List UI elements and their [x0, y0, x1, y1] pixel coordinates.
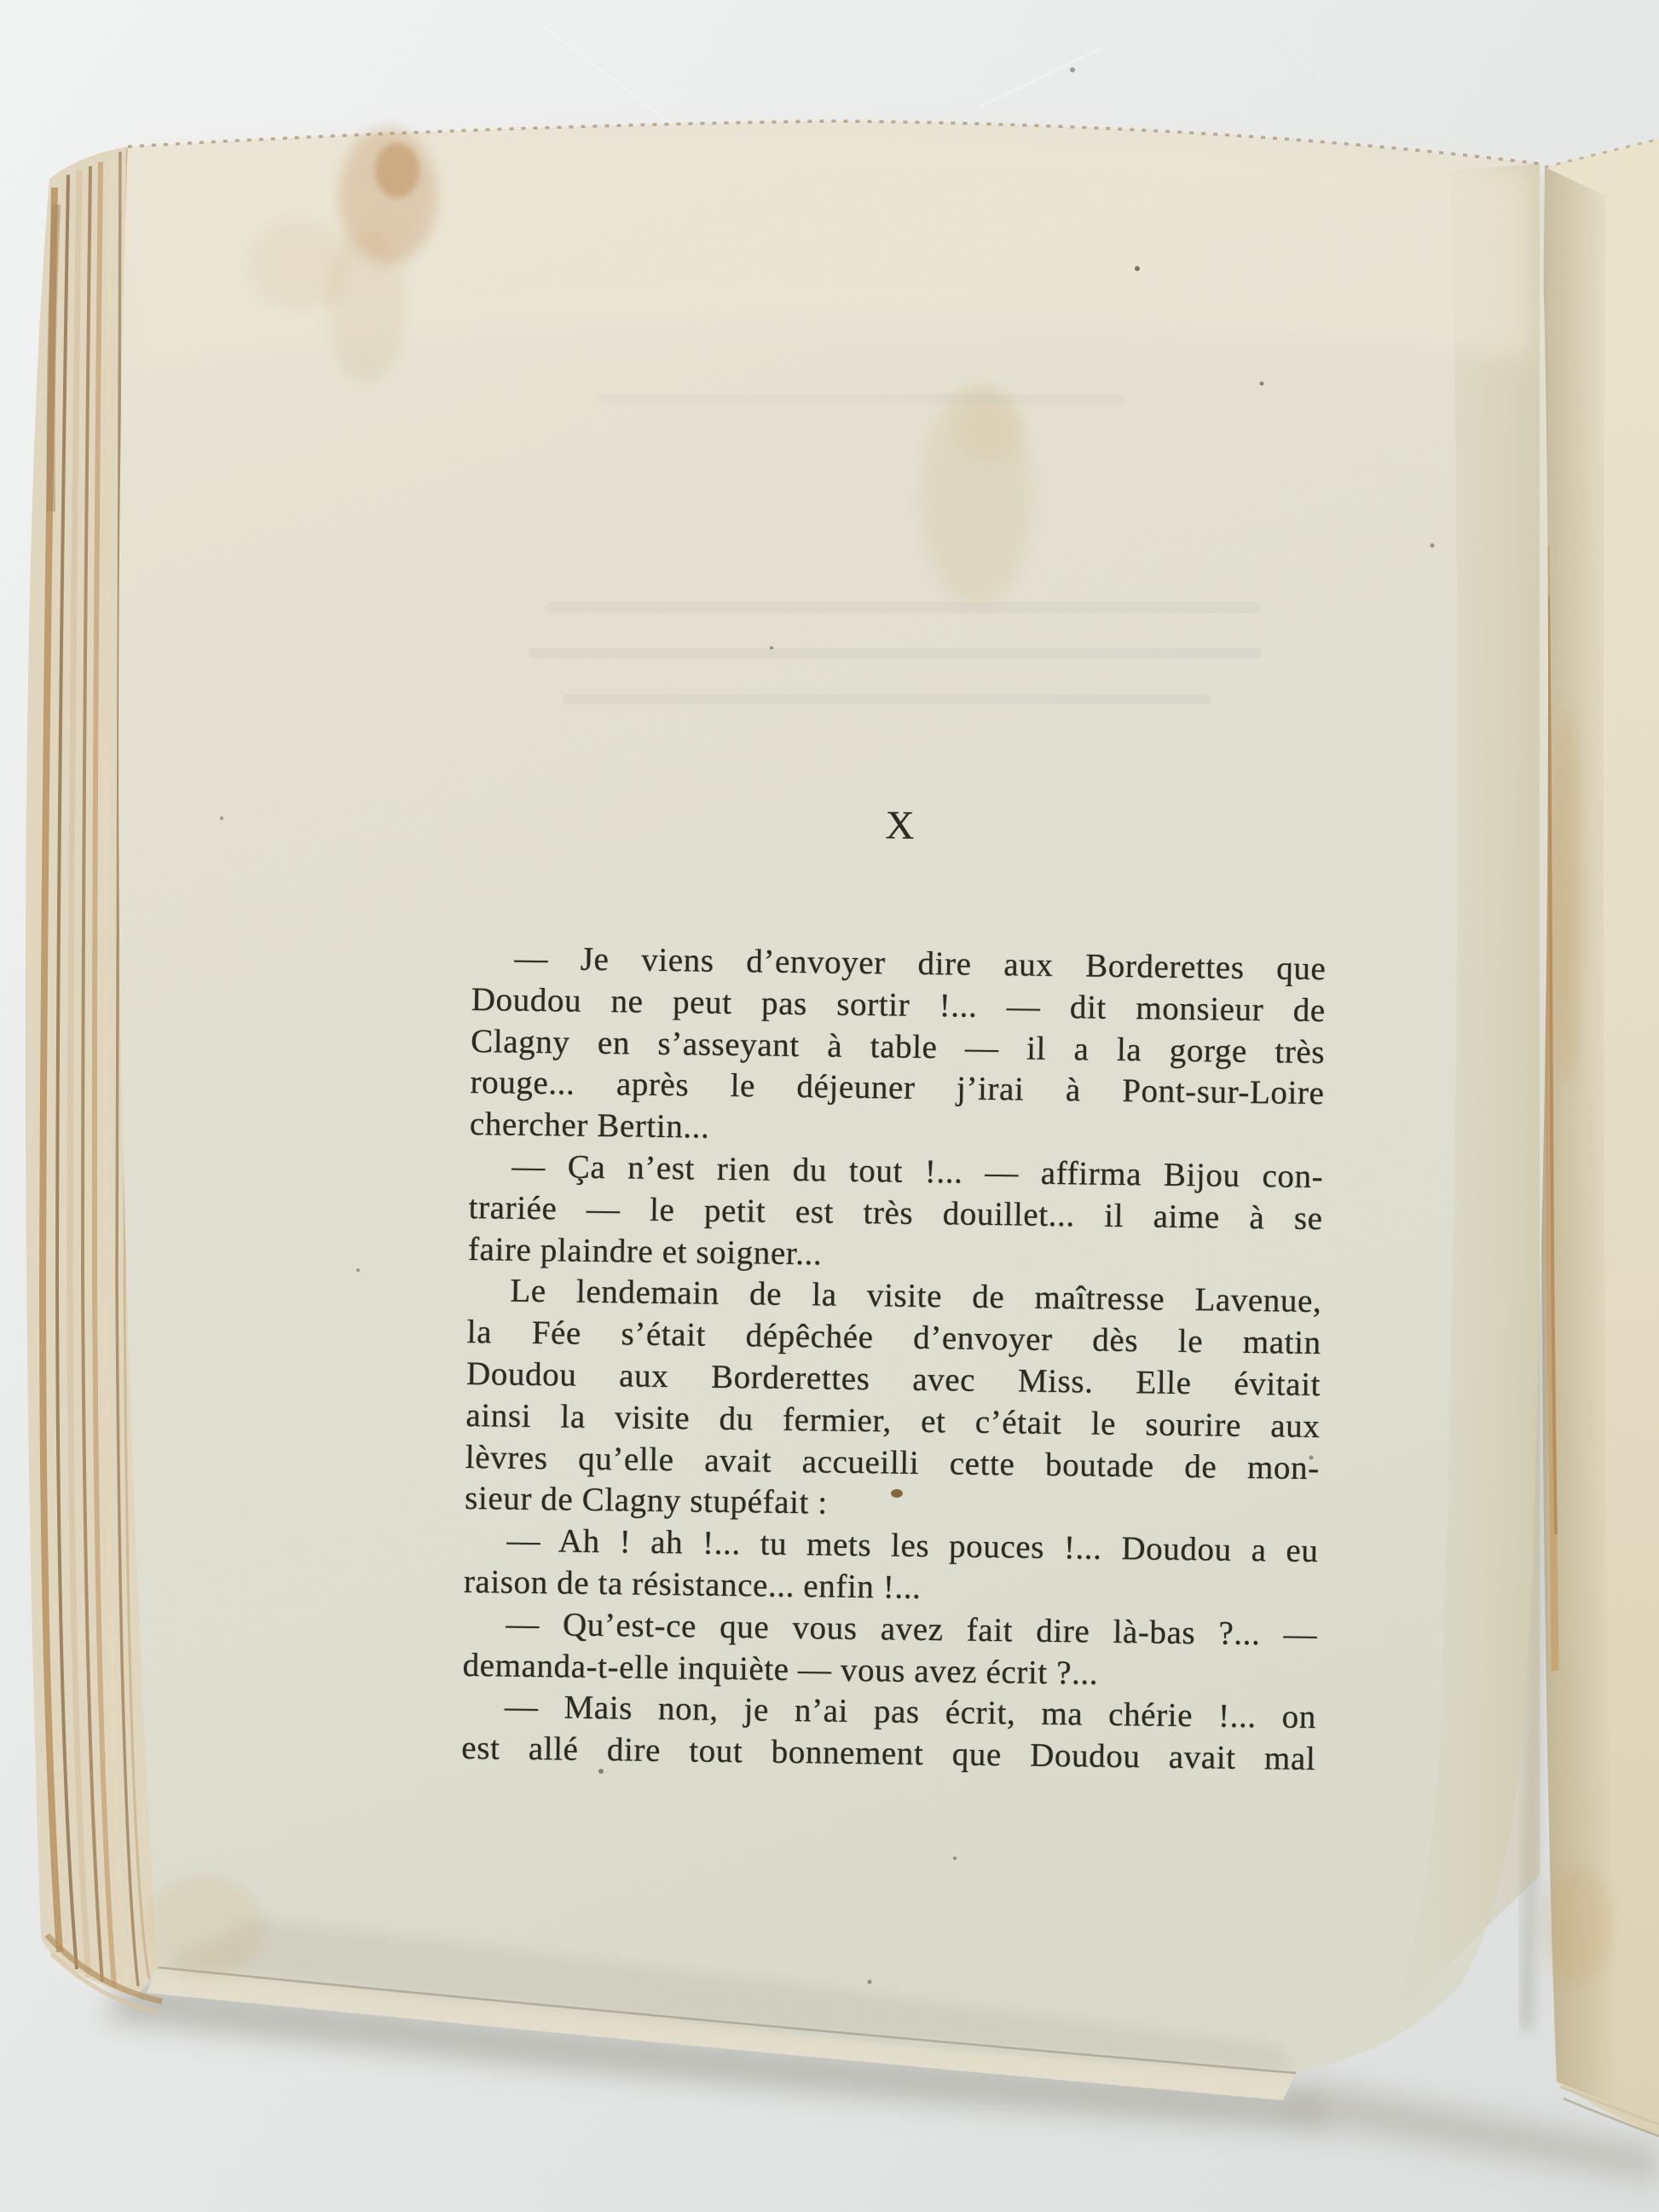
page-lines: — Je viens d’envoyer dire aux Borderette… [461, 938, 1327, 1781]
chapter-heading: X [473, 793, 1328, 858]
book-photo: X — Je viens d’envoyer dire aux Borderet… [0, 0, 1659, 2212]
page-text-block: X — Je viens d’envoyer dire aux Borderet… [461, 793, 1328, 1781]
